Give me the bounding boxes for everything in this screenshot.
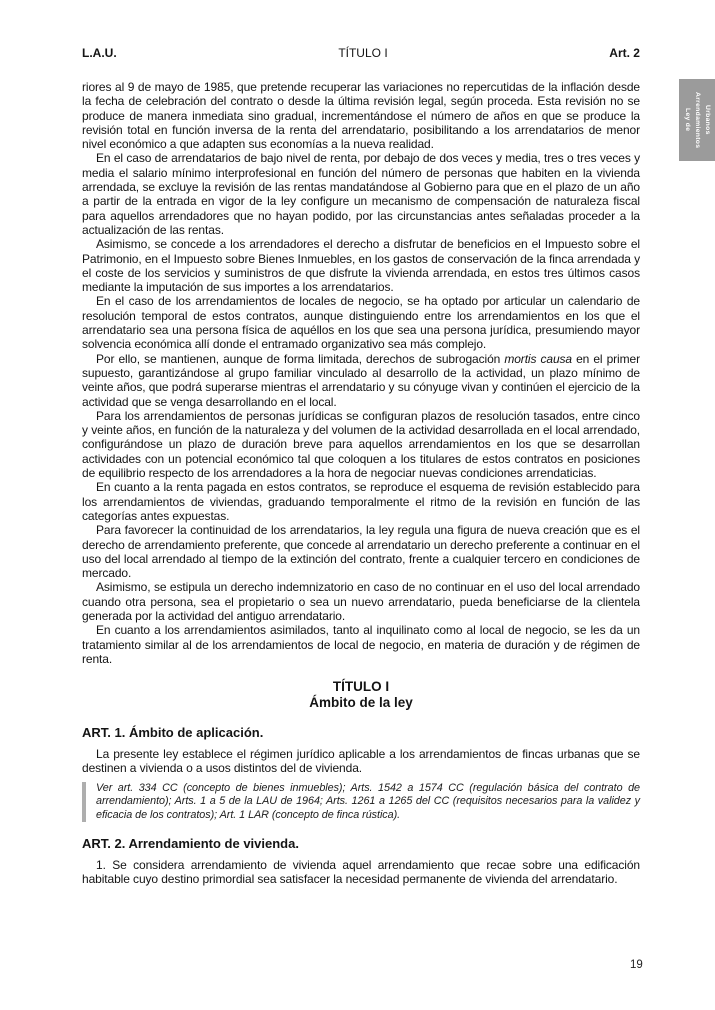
section-tab-line: Arrendamientos xyxy=(692,92,702,148)
paragraph: 1. Se considera arrendamiento de viviend… xyxy=(82,858,640,887)
page-content: L.A.U. TÍTULO I Art. 2 riores al 9 de ma… xyxy=(82,46,640,887)
paragraph: En cuanto a los arrendamientos asimilado… xyxy=(82,623,640,666)
paragraph: Asimismo, se concede a los arrendadores … xyxy=(82,237,640,294)
paragraph: En el caso de arrendatarios de bajo nive… xyxy=(82,151,640,237)
paragraph: Asimismo, se estipula un derecho indemni… xyxy=(82,580,640,623)
title-subheading: Ámbito de la ley xyxy=(82,695,640,711)
paragraph: La presente ley establece el régimen jur… xyxy=(82,747,640,776)
article-1-heading: ART. 1. Ámbito de aplicación. xyxy=(82,725,640,741)
article-1-body: La presente ley establece el régimen jur… xyxy=(82,747,640,776)
paragraph: Para los arrendamientos de personas jurí… xyxy=(82,409,640,480)
section-tab-line: Urbanos xyxy=(702,92,712,148)
section-tab: Ley de Arrendamientos Urbanos xyxy=(679,79,715,161)
paragraph: En cuanto a la renta pagada en estos con… xyxy=(82,480,640,523)
article-1: ART. 1. Ámbito de aplicación. La present… xyxy=(82,725,640,822)
preamble-text: riores al 9 de mayo de 1985, que pretend… xyxy=(82,80,640,666)
article-2: ART. 2. Arrendamiento de vivienda. 1. Se… xyxy=(82,836,640,887)
paragraph: riores al 9 de mayo de 1985, que pretend… xyxy=(82,80,640,151)
article-2-heading: ART. 2. Arrendamiento de vivienda. xyxy=(82,836,640,852)
running-header: L.A.U. TÍTULO I Art. 2 xyxy=(82,46,640,60)
note-left-bar xyxy=(82,782,86,822)
title-heading: TÍTULO I xyxy=(82,679,640,695)
section-tab-label: Ley de Arrendamientos Urbanos xyxy=(682,92,712,148)
header-book-abbreviation: L.A.U. xyxy=(82,46,117,60)
note-text: Ver art. 334 CC (concepto de bienes inmu… xyxy=(96,782,640,822)
header-article-reference: Art. 2 xyxy=(609,46,640,60)
article-1-cross-reference-note: Ver art. 334 CC (concepto de bienes inmu… xyxy=(82,782,640,822)
article-2-body: 1. Se considera arrendamiento de viviend… xyxy=(82,858,640,887)
page-number: 19 xyxy=(630,959,643,971)
header-section-title: TÍTULO I xyxy=(338,46,387,60)
paragraph: En el caso de los arrendamientos de loca… xyxy=(82,294,640,351)
section-tab-line: Ley de xyxy=(682,92,692,148)
paragraph: Por ello, se mantienen, aunque de forma … xyxy=(82,352,640,409)
document-page: Ley de Arrendamientos Urbanos L.A.U. TÍT… xyxy=(0,0,715,1010)
paragraph: Para favorecer la continuidad de los arr… xyxy=(82,523,640,580)
